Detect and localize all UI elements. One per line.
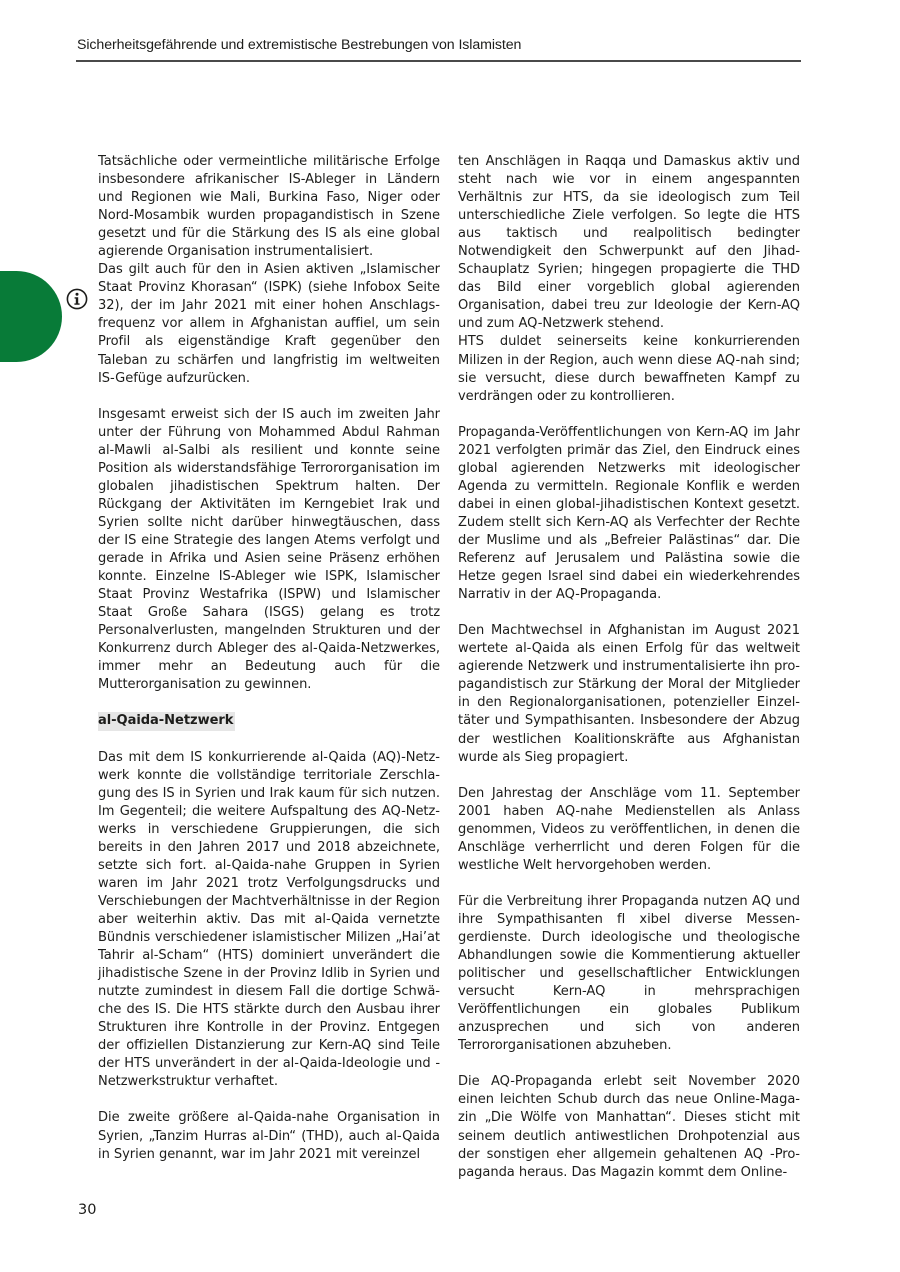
paragraph: Die AQ-Propaganda erlebt seit November 2… [458,1073,800,1181]
paragraph: Tatsächliche oder vermeintliche militäri… [98,153,440,261]
running-header: Sicherheitsgefährende und extremistische… [77,37,801,53]
paragraph: Für die Verbreitung ihrer Propaganda nut… [458,893,800,1055]
paragraph: HTS duldet seinerseits keine konkurriere… [458,333,800,405]
paragraph: ten Anschlägen in Raqqa und Damaskus akt… [458,153,800,333]
info-icon [66,288,88,310]
page-number: 30 [78,1202,96,1218]
right-column: ten Anschlägen in Raqqa und Damaskus akt… [458,153,800,1200]
header-rule [76,60,801,62]
green-margin-tab [0,271,62,362]
section-heading: al-Qaida-Netzwerk [98,712,235,730]
paragraph: Das mit dem IS konkurrierende al-Qaida (… [98,749,440,1092]
paragraph: Insgesamt erweist sich der IS auch im zw… [98,406,440,695]
paragraph: Die zweite größere al-Qaida-nahe Organis… [98,1109,440,1163]
paragraph: Propaganda-Veröffentlichungen von Kern-A… [458,424,800,604]
left-column: Tatsächliche oder vermeintliche militäri… [98,153,440,1182]
paragraph: Den Machtwechsel in Afghanistan im Augus… [458,622,800,766]
paragraph: Den Jahrestag der Anschläge vom 11. Sept… [458,785,800,875]
paragraph: Das gilt auch für den in Asien aktiven „… [98,261,440,387]
